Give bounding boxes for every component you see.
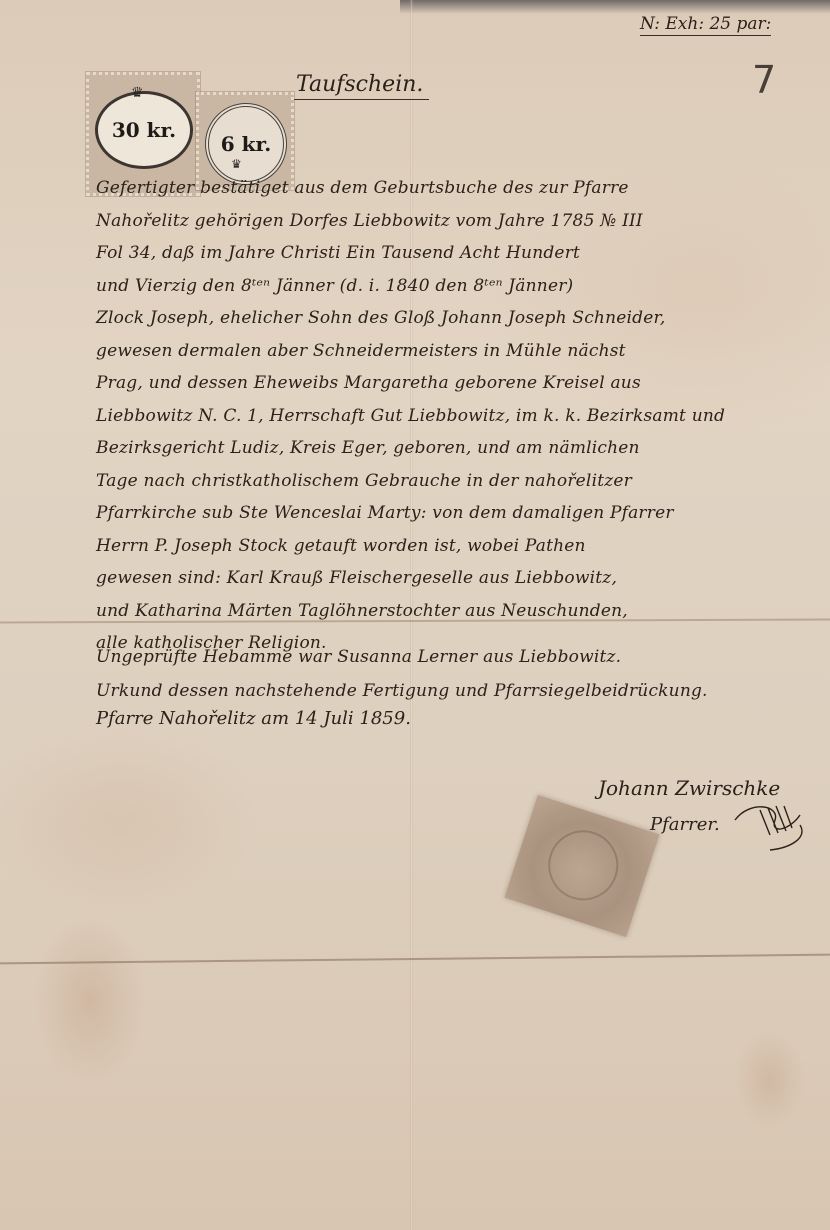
certificate-body: Gefertigter bestätiget aus dem Geburtsbu… <box>96 172 816 660</box>
body-line: Gefertigter bestätiget aus dem Geburtsbu… <box>96 172 816 205</box>
stamp-value: 6 kr. <box>221 132 271 156</box>
document-title: Taufschein. <box>290 72 429 100</box>
certificate-closing: Ungeprüfte Hebamme war Susanna Lerner au… <box>96 640 816 708</box>
signature-title: Pfarrer. <box>650 814 720 835</box>
midwife-line: Ungeprüfte Hebamme war Susanna Lerner au… <box>96 640 816 674</box>
body-line: Prag, und dessen Eheweibs Margaretha geb… <box>96 367 816 400</box>
attestation-line: Urkund dessen nachstehende Fertigung und… <box>96 674 816 708</box>
body-line: Pfarrkirche sub Ste Wenceslai Marty: von… <box>96 497 816 530</box>
body-line: Herrn P. Joseph Stock getauft worden ist… <box>96 530 816 563</box>
stamp-value: 30 kr. <box>112 118 176 142</box>
body-line: und Katharina Märten Taglöhnerstochter a… <box>96 595 816 628</box>
body-line: und Vierzig den 8ᵗᵉⁿ Jänner (d. i. 1840 … <box>96 270 816 303</box>
double-headed-eagle-icon: ♛ <box>131 85 144 101</box>
double-headed-eagle-icon: ♛ <box>231 157 242 171</box>
signature-flourish-icon <box>730 790 810 860</box>
body-line: gewesen dermalen aber Schneidermeisters … <box>96 335 816 368</box>
body-line: Nahořelitz gehörigen Dorfes Liebbowitz v… <box>96 205 816 238</box>
body-line: Liebbowitz N. C. 1, Herrschaft Gut Liebb… <box>96 400 816 433</box>
body-line: Tage nach christkatholischem Gebrauche i… <box>96 465 816 498</box>
page-number: 7 <box>752 58 776 102</box>
body-line: Zlock Joseph, ehelicher Sohn des Gloß Jo… <box>96 302 816 335</box>
body-line: Fol 34, daß im Jahre Christi Ein Tausend… <box>96 237 816 270</box>
body-line: Bezirksgericht Ludiz, Kreis Eger, gebore… <box>96 432 816 465</box>
stamp-medallion: 30 kr. <box>95 91 193 169</box>
seal-emblem <box>539 821 627 909</box>
place-and-date: Pfarre Nahořelitz am 14 Juli 1859. <box>96 708 411 729</box>
reference-number: N: Exh: 25 par: <box>640 14 771 36</box>
scan-edge-shadow <box>400 0 830 14</box>
body-line: gewesen sind: Karl Krauß Fleischergesell… <box>96 562 816 595</box>
